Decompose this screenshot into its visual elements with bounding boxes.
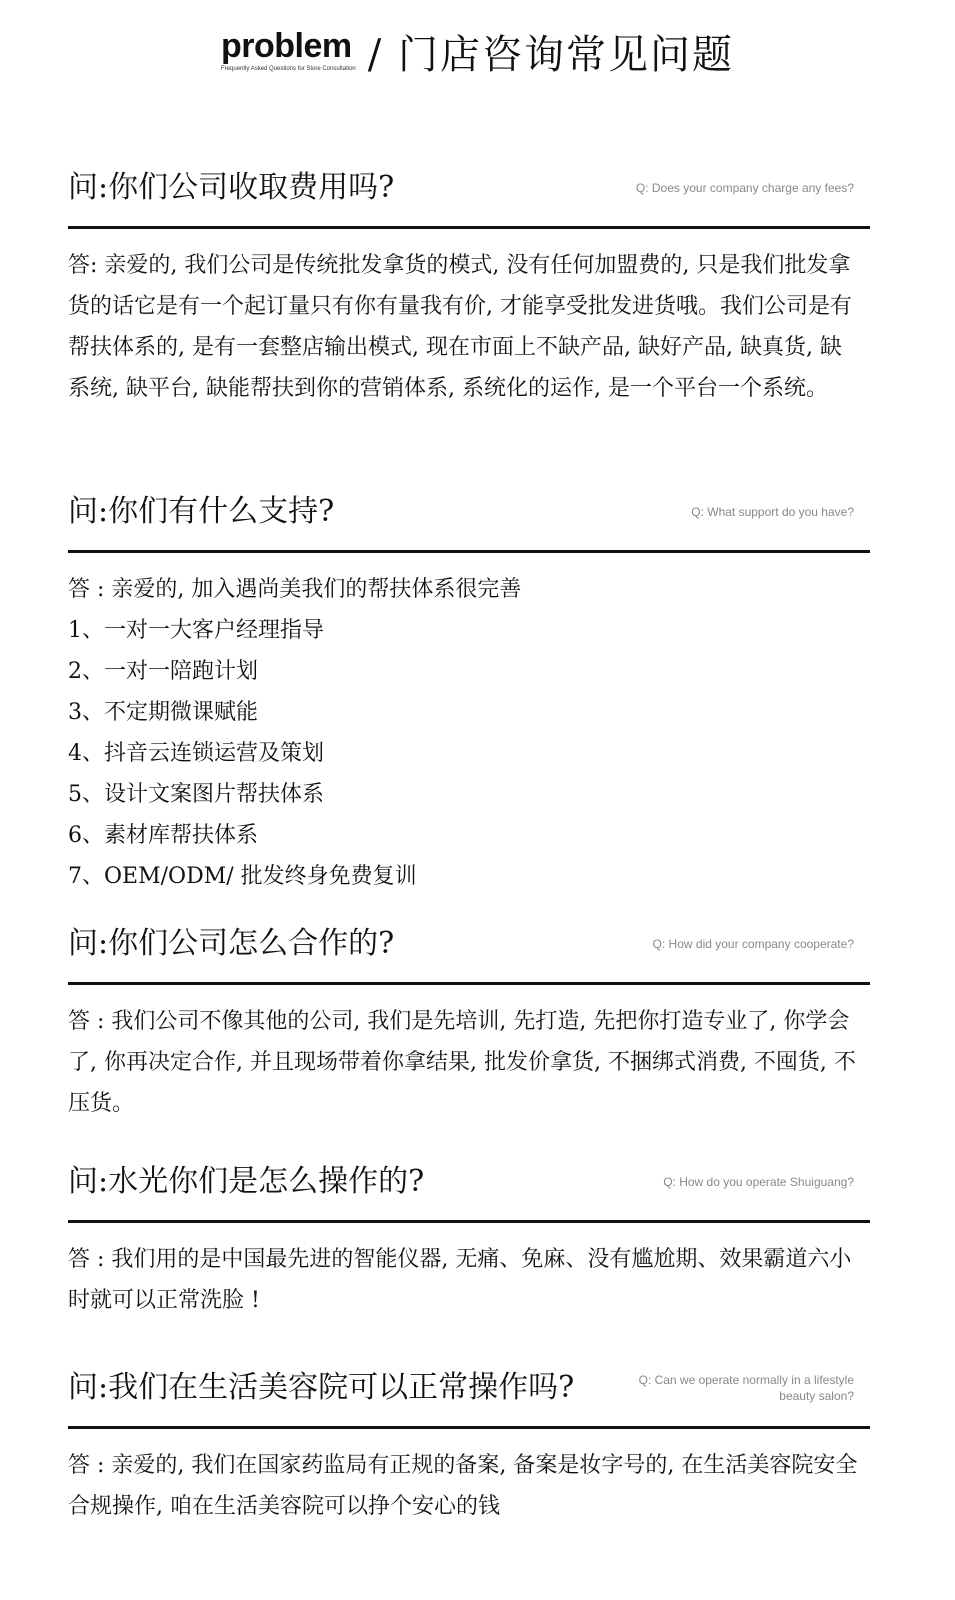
divider: [68, 550, 870, 553]
divider: [68, 1220, 870, 1223]
question-row: 问:水光你们是怎么操作的? Q: How do you operate Shui…: [68, 1152, 870, 1212]
page-header: problem Frequently Asked Questions for S…: [0, 28, 955, 88]
divider: [68, 1426, 870, 1429]
brand-block: problem Frequently Asked Questions for S…: [221, 28, 356, 73]
question-title: 问:你们公司收取费用吗?: [68, 168, 394, 208]
divider: [68, 982, 870, 985]
answer-text: 答 : 我们公司不像其他的公司, 我们是先培训, 先打造, 先把你打造专业了, …: [68, 1001, 858, 1124]
answer-paragraph: 答 : 我们公司不像其他的公司, 我们是先培训, 先打造, 先把你打造专业了, …: [68, 1001, 858, 1124]
question-row: 问:我们在生活美容院可以正常操作吗? Q: Can we operate nor…: [68, 1358, 870, 1418]
page-title: / 门店咨询常见问题: [368, 28, 734, 82]
faq-item-cooperation: 问:你们公司怎么合作的? Q: How did your company coo…: [68, 914, 870, 1124]
list-item: 1、一对一大客户经理指导: [68, 610, 858, 651]
divider: [68, 226, 870, 229]
brand-wordmark: problem: [221, 28, 352, 64]
faq-item-shuiguang: 问:水光你们是怎么操作的? Q: How do you operate Shui…: [68, 1152, 870, 1321]
question-title: 问:你们有什么支持?: [68, 492, 334, 532]
list-item: 5、设计文案图片帮扶体系: [68, 774, 858, 815]
question-english: Q: What support do you have?: [634, 504, 854, 520]
brand-subtitle: Frequently Asked Questions for Store Con…: [221, 65, 356, 73]
list-item: 4、抖音云连锁运营及策划: [68, 733, 858, 774]
answer-text: 答 : 我们用的是中国最先进的智能仪器, 无痛、免麻、没有尴尬期、效果霸道六小时…: [68, 1239, 858, 1321]
question-english: Q: Does your company charge any fees?: [634, 180, 854, 196]
question-row: 问:你们有什么支持? Q: What support do you have?: [68, 482, 870, 542]
question-row: 问:你们公司怎么合作的? Q: How did your company coo…: [68, 914, 870, 974]
list-item: 3、不定期微课赋能: [68, 692, 858, 733]
faq-item-salon: 问:我们在生活美容院可以正常操作吗? Q: Can we operate nor…: [68, 1358, 870, 1527]
answer-paragraph: 答 : 我们用的是中国最先进的智能仪器, 无痛、免麻、没有尴尬期、效果霸道六小时…: [68, 1239, 858, 1321]
question-english: Q: Can we operate normally in a lifestyl…: [634, 1372, 854, 1404]
question-title: 问:水光你们是怎么操作的?: [68, 1162, 424, 1202]
question-title: 问:我们在生活美容院可以正常操作吗?: [68, 1368, 574, 1408]
answer-text: 答: 亲爱的, 我们公司是传统批发拿货的模式, 没有任何加盟费的, 只是我们批发…: [68, 245, 858, 409]
question-english: Q: How did your company cooperate?: [634, 936, 854, 952]
faq-item-fees: 问:你们公司收取费用吗? Q: Does your company charge…: [68, 158, 870, 409]
list-item: 2、一对一陪跑计划: [68, 651, 858, 692]
answer-list: 答 : 亲爱的, 加入遇尚美我们的帮扶体系很完善 1、一对一大客户经理指导 2、…: [68, 569, 858, 897]
answer-paragraph: 答 : 亲爱的, 我们在国家药监局有正规的备案, 备案是妆字号的, 在生活美容院…: [68, 1445, 858, 1527]
list-item: 6、素材库帮扶体系: [68, 815, 858, 856]
question-title: 问:你们公司怎么合作的?: [68, 924, 394, 964]
question-row: 问:你们公司收取费用吗? Q: Does your company charge…: [68, 158, 870, 218]
question-english: Q: How do you operate Shuiguang?: [634, 1174, 854, 1190]
answer-intro: 答 : 亲爱的, 加入遇尚美我们的帮扶体系很完善: [68, 569, 858, 610]
answer-paragraph: 答: 亲爱的, 我们公司是传统批发拿货的模式, 没有任何加盟费的, 只是我们批发…: [68, 245, 858, 409]
faq-item-support: 问:你们有什么支持? Q: What support do you have? …: [68, 482, 870, 897]
answer-text: 答 : 亲爱的, 我们在国家药监局有正规的备案, 备案是妆字号的, 在生活美容院…: [68, 1445, 858, 1527]
list-item: 7、OEM/ODM/ 批发终身免费复训: [68, 856, 858, 897]
